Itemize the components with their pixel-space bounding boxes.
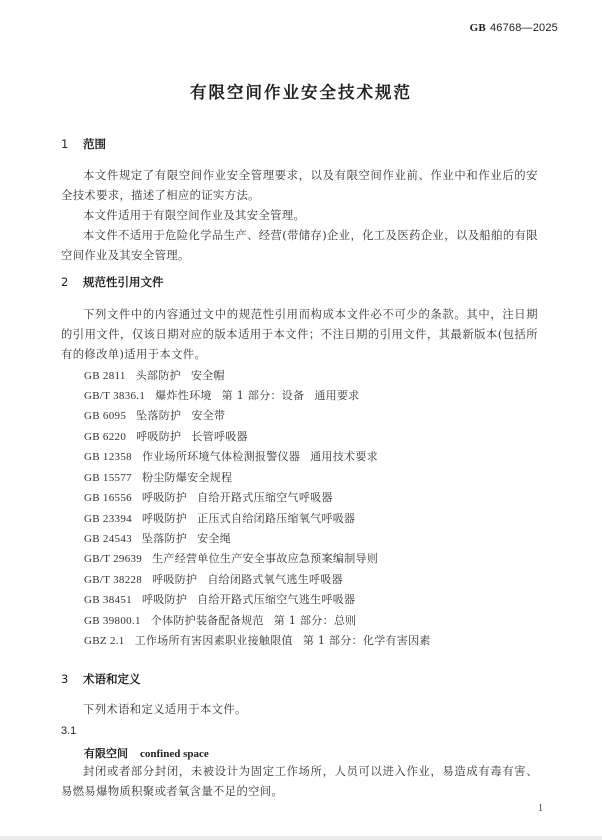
reference-item: GB 39800.1个体防护装备配备规范第 1 部分：总则 bbox=[84, 612, 366, 628]
reference-item: GB 12358作业场所环境气体检测报警仪器通用技术要求 bbox=[84, 448, 388, 464]
reference-title-part: 通用技术要求 bbox=[310, 450, 378, 463]
reference-title-part: 个体防护装备配备规范 bbox=[151, 614, 264, 627]
reference-code: GB 23394 bbox=[84, 513, 132, 525]
reference-code: GB 38451 bbox=[84, 594, 132, 606]
reference-title-part: 第 1 部分：设备 bbox=[222, 389, 305, 402]
reference-title-part: 爆炸性环境 bbox=[155, 389, 212, 402]
reference-code: GB 6220 bbox=[84, 431, 126, 443]
reference-title-part: 安全带 bbox=[191, 409, 225, 422]
reference-code: GB 15577 bbox=[84, 472, 132, 484]
reference-title-part: 粉尘防爆安全规程 bbox=[142, 471, 232, 484]
reference-item: GBZ 2.1工作场所有害因素职业接触限值第 1 部分：化学有害因素 bbox=[84, 632, 441, 648]
term-heading: 有限空间confined space bbox=[84, 745, 209, 761]
section-number: 1 bbox=[61, 137, 83, 151]
reference-item: GB/T 3836.1爆炸性环境第 1 部分：设备通用要求 bbox=[84, 387, 370, 403]
section-heading-scope: 1范围 bbox=[61, 136, 106, 152]
reference-title-part: 生产经营单位生产安全事故应急预案编制导则 bbox=[152, 552, 378, 565]
section-number: 3 bbox=[61, 672, 83, 686]
standard-prefix: GB bbox=[470, 22, 486, 34]
paragraph: 本文件规定了有限空间作业安全管理要求，以及有限空间作业前、作业中和作业后的安全技… bbox=[61, 166, 538, 206]
reference-title-part: 安全绳 bbox=[197, 532, 231, 545]
viewer-bottom-edge bbox=[0, 836, 602, 840]
reference-title-part: 第 1 部分：总则 bbox=[274, 614, 357, 627]
reference-item: GB 2811头部防护安全帽 bbox=[84, 367, 235, 383]
section-title: 范围 bbox=[83, 137, 106, 151]
paragraph: 本文件适用于有限空间作业及其安全管理。 bbox=[61, 206, 538, 226]
reference-code: GBZ 2.1 bbox=[84, 635, 125, 647]
term-chinese: 有限空间 bbox=[84, 747, 128, 760]
reference-code: GB 6095 bbox=[84, 410, 126, 422]
section-heading-normative-references: 2规范性引用文件 bbox=[61, 274, 164, 290]
document-page: GB46768—2025 有限空间作业安全技术规范 1范围 本文件规定了有限空间… bbox=[0, 0, 602, 836]
reference-title-part: 呼吸防护 bbox=[142, 512, 187, 525]
term-english: confined space bbox=[140, 748, 209, 760]
page-number: 1 bbox=[538, 803, 543, 814]
reference-code: GB 16556 bbox=[84, 492, 132, 504]
section-title: 术语和定义 bbox=[83, 672, 141, 686]
document-title: 有限空间作业安全技术规范 bbox=[0, 79, 602, 103]
reference-title-part: 长管呼吸器 bbox=[191, 430, 248, 443]
reference-title-part: 自给开路式压缩空气逃生呼吸器 bbox=[197, 593, 355, 606]
reference-title-part: 呼吸防护 bbox=[142, 491, 187, 504]
reference-item: GB 24543坠落防护安全绳 bbox=[84, 530, 241, 546]
reference-item: GB/T 29639生产经营单位生产安全事故应急预案编制导则 bbox=[84, 550, 388, 566]
section-number: 2 bbox=[61, 275, 83, 289]
reference-title-part: 通用要求 bbox=[314, 389, 359, 402]
reference-item: GB 16556呼吸防护自给开路式压缩空气呼吸器 bbox=[84, 489, 343, 505]
term-definition: 封闭或者部分封闭，未被设计为固定工作场所，人员可以进入作业，易造成有毒有害、易燃… bbox=[61, 762, 538, 802]
reference-title-part: 正压式自给闭路压缩氧气呼吸器 bbox=[197, 512, 355, 525]
term-number: 3.1 bbox=[61, 725, 76, 737]
reference-title-part: 坠落防护 bbox=[136, 409, 181, 422]
reference-title-part: 第 1 部分：化学有害因素 bbox=[303, 634, 431, 647]
section-title: 规范性引用文件 bbox=[83, 275, 164, 289]
reference-title-part: 安全帽 bbox=[191, 369, 225, 382]
reference-item: GB 6095坠落防护安全带 bbox=[84, 407, 235, 423]
reference-title-part: 呼吸防护 bbox=[152, 573, 197, 586]
reference-item: GB 15577粉尘防爆安全规程 bbox=[84, 469, 242, 485]
reference-code: GB 12358 bbox=[84, 451, 132, 463]
reference-title-part: 工作场所有害因素职业接触限值 bbox=[135, 634, 293, 647]
terms-intro: 下列术语和定义适用于本文件。 bbox=[61, 700, 538, 720]
reference-code: GB/T 29639 bbox=[84, 553, 142, 565]
reference-code: GB 2811 bbox=[84, 370, 126, 382]
reference-code: GB 39800.1 bbox=[84, 615, 141, 627]
reference-item: GB/T 38228呼吸防护自给闭路式氧气逃生呼吸器 bbox=[84, 571, 353, 587]
reference-title-part: 自给开路式压缩空气呼吸器 bbox=[197, 491, 333, 504]
paragraph: 本文件不适用于危险化学品生产、经营(带储存)企业，化工及医药企业，以及船舶的有限… bbox=[61, 226, 538, 266]
reference-title-part: 头部防护 bbox=[136, 369, 181, 382]
standard-code: GB46768—2025 bbox=[470, 22, 558, 34]
reference-code: GB 24543 bbox=[84, 533, 132, 545]
reference-item: GB 6220呼吸防护长管呼吸器 bbox=[84, 428, 258, 444]
reference-title-part: 呼吸防护 bbox=[142, 593, 187, 606]
standard-number: 46768—2025 bbox=[490, 22, 558, 34]
reference-item: GB 23394呼吸防护正压式自给闭路压缩氧气呼吸器 bbox=[84, 510, 365, 526]
reference-title-part: 坠落防护 bbox=[142, 532, 187, 545]
reference-code: GB/T 3836.1 bbox=[84, 390, 145, 402]
reference-code: GB/T 38228 bbox=[84, 574, 142, 586]
reference-title-part: 作业场所环境气体检测报警仪器 bbox=[142, 450, 300, 463]
reference-title-part: 呼吸防护 bbox=[136, 430, 181, 443]
paragraph: 下列文件中的内容通过文中的规范性引用而构成本文件必不可少的条款。其中，注日期的引… bbox=[61, 305, 538, 365]
reference-item: GB 38451呼吸防护自给开路式压缩空气逃生呼吸器 bbox=[84, 591, 365, 607]
reference-title-part: 自给闭路式氧气逃生呼吸器 bbox=[207, 573, 343, 586]
section-heading-terms-and-definitions: 3术语和定义 bbox=[61, 671, 141, 687]
